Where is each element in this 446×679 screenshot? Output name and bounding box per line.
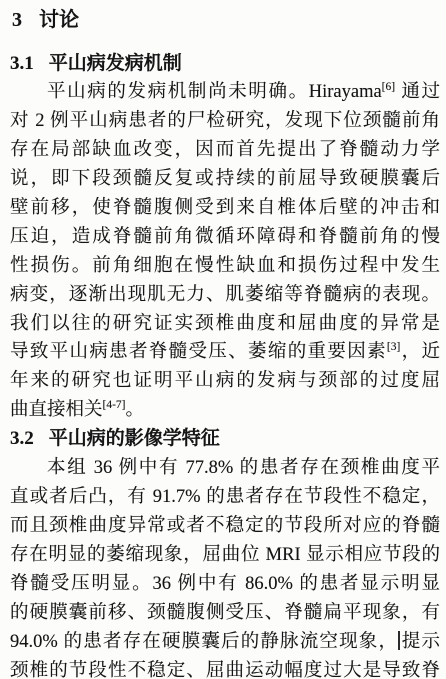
section-heading: 3讨论 xyxy=(12,6,440,34)
text-line: 曲直接相关[4-7]。 xyxy=(10,396,440,425)
line-text: ，近 xyxy=(400,342,440,362)
subsection-heading-3-2: 3.2平山病的影像学特征 xyxy=(10,425,440,454)
text-line: 本组 36 例中有 77.8% 的患者存在颈椎曲度平 xyxy=(10,454,440,483)
paragraph-pathogenesis: 平山病的发病机制尚未明确。Hirayama[6] 通过 对 2 例平山病患者的尸… xyxy=(10,78,440,425)
section-number: 3 xyxy=(12,9,22,31)
citation-ref-3: [3] xyxy=(387,341,400,353)
citation-ref-4-7: [4-7] xyxy=(103,399,126,411)
subsection-title: 平山病发病机制 xyxy=(49,53,182,74)
text-line: 颈椎的节段性不稳定、屈曲运动幅度过大是导致脊 xyxy=(10,657,440,679)
scan-artifact-bar xyxy=(398,631,400,650)
line-text: 。 xyxy=(126,400,145,420)
text-line: 直或者后凸，有 91.7% 的患者存在节段性不稳定， xyxy=(10,483,440,512)
line-text: 提示 xyxy=(401,632,440,652)
text-line: 年来的研究也证明平山病的发病与颈部的过度屈 xyxy=(10,367,440,396)
text-line: 而且颈椎曲度异常或者不稳定的节段所对应的脊髓 xyxy=(10,512,440,541)
text-line: 导致平山病患者脊髓受压、萎缩的重要因素[3]，近 xyxy=(10,338,440,367)
text-line: 对 2 例平山病患者的尸检研究，发现下位颈髓前角 xyxy=(10,107,440,136)
text-line: 的硬膜囊前移、颈髓腹侧受压、脊髓扁平现象，有 xyxy=(10,599,440,628)
text-line: 壁前移，使脊髓腹侧受到来自椎体后壁的冲击和 xyxy=(10,194,440,223)
text-line: 平山病的发病机制尚未明确。Hirayama[6] 通过 xyxy=(10,78,440,107)
subsection-title: 平山病的影像学特征 xyxy=(49,428,220,449)
line-text: 通过 xyxy=(395,82,440,102)
text-line: 我们以往的研究证实颈椎曲度和屈曲度的异常是 xyxy=(10,310,440,339)
text-line: 性损伤。前角细胞在慢性缺血和损伤过程中发生 xyxy=(10,252,440,281)
text-line: 病变，逐渐出现肌无力、肌萎缩等脊髓病的表现。 xyxy=(10,281,440,310)
text-line: 压迫，造成脊髓前角微循环障碍和脊髓前角的慢 xyxy=(10,223,440,252)
line-text: 导致平山病患者脊髓受压、萎缩的重要因素 xyxy=(10,342,387,362)
line-text: 平山病的发病机制尚未明确。Hirayama xyxy=(47,82,382,102)
document-page: 3讨论 3.1平山病发病机制 平山病的发病机制尚未明确。Hirayama[6] … xyxy=(0,0,446,679)
section-title: 讨论 xyxy=(39,9,79,31)
subsection-heading-3-1: 3.1平山病发病机制 xyxy=(10,50,440,78)
text-line: 存在明显的萎缩现象，屈曲位 MRI 显示相应节段的 xyxy=(10,541,440,570)
paragraph-imaging-features: 本组 36 例中有 77.8% 的患者存在颈椎曲度平 直或者后凸，有 91.7%… xyxy=(10,454,440,679)
line-text: 曲直接相关 xyxy=(10,400,103,420)
subsection-number: 3.1 xyxy=(10,53,34,74)
citation-ref-6: [6] xyxy=(382,81,395,93)
text-line: 说，即下段颈髓反复或持续的前屈导致硬膜囊后 xyxy=(10,165,440,194)
text-line: 脊髓受压明显。36 例中有 86.0% 的患者显示明显 xyxy=(10,570,440,599)
text-line: 存在局部缺血改变，因而首先提出了脊髓动力学 xyxy=(10,136,440,165)
line-text: 94.0% 的患者存在硬膜囊后的静脉流空现象， xyxy=(10,632,398,652)
text-line: 94.0% 的患者存在硬膜囊后的静脉流空现象，提示 xyxy=(10,628,440,657)
subsection-number: 3.2 xyxy=(10,428,34,449)
